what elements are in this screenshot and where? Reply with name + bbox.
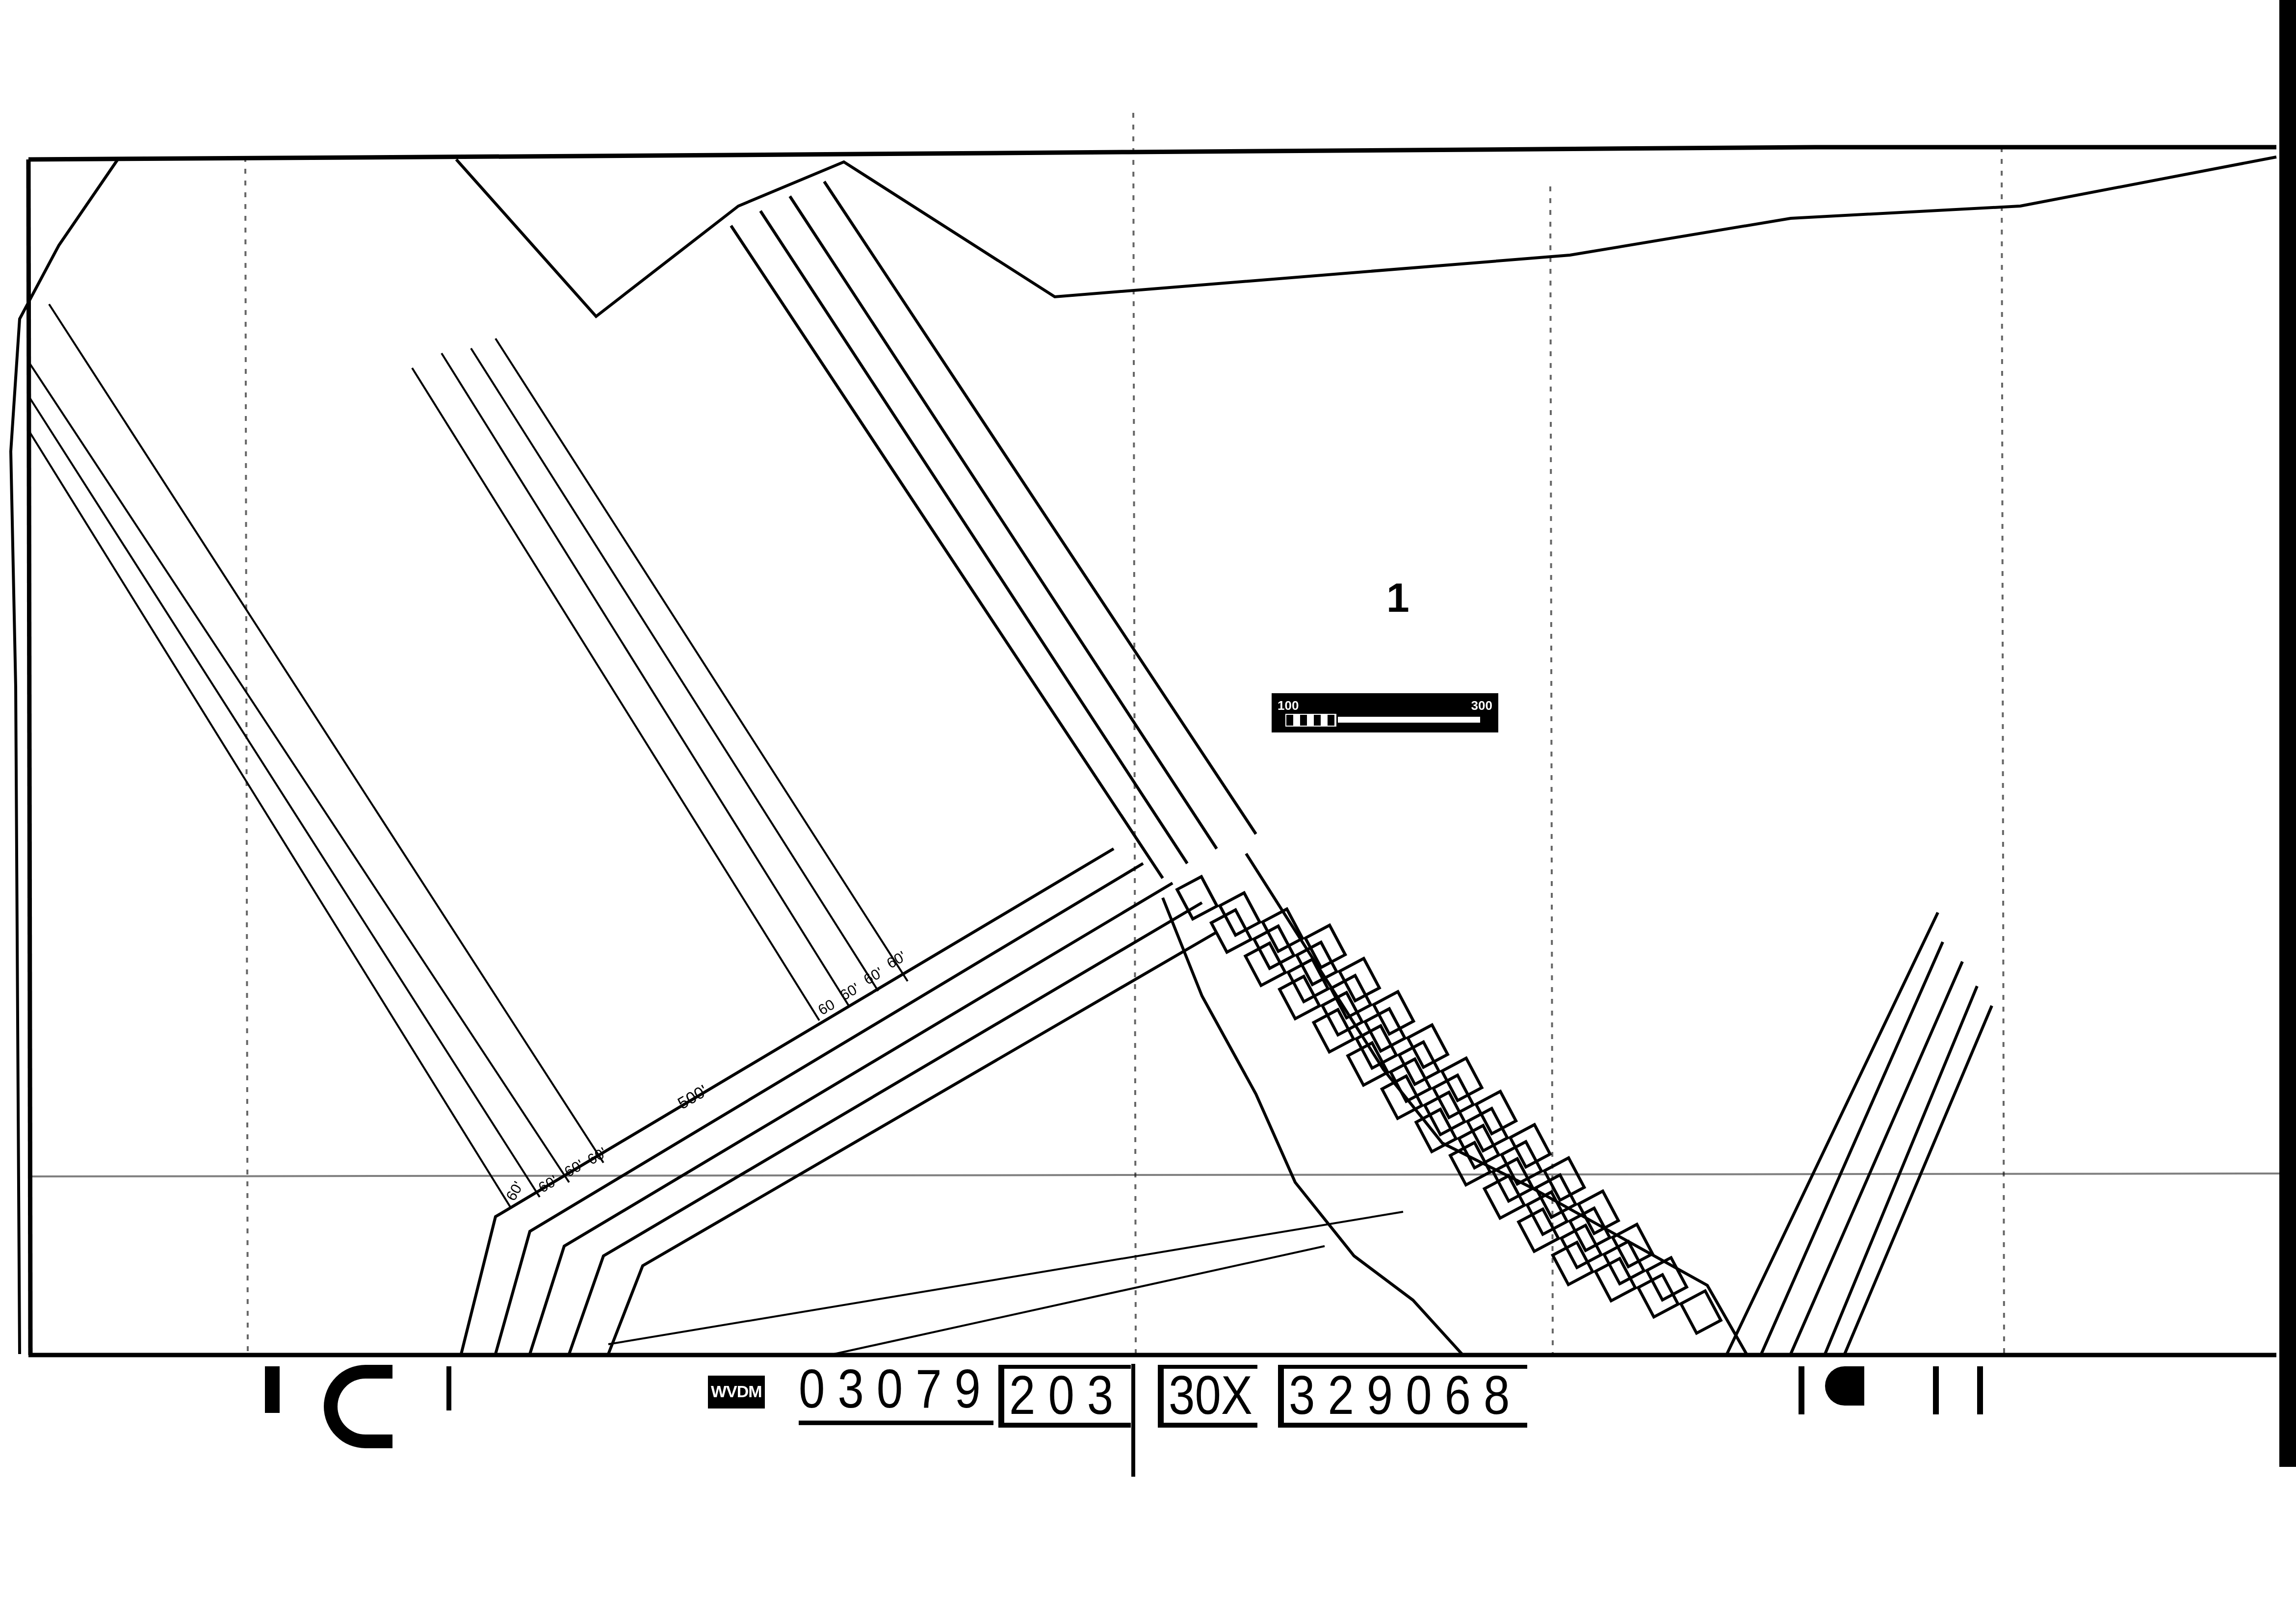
footer-tag: WVDM [708, 1365, 765, 1419]
footer-field-2: 203 [998, 1365, 1131, 1428]
registration-mark [1977, 1366, 1983, 1414]
footer-field-4: 329068 [1278, 1365, 1527, 1428]
survey-sheet: 60' 60' 60' 60' 60 60' 60' 60' 500' 1 10… [0, 0, 2296, 1617]
scale-bar: 100 300 [1272, 693, 1498, 732]
subdivision-lots [1177, 877, 1721, 1333]
sheet-fold-line [28, 1174, 2281, 1176]
lot-parcel [1211, 910, 1251, 952]
divider [1131, 1364, 1135, 1477]
code-03079: 03079 [799, 1358, 993, 1425]
lot-parcel [1638, 1275, 1678, 1317]
registration-circle-icon [1825, 1366, 1864, 1406]
tract-boundary-north [456, 157, 2276, 316]
edge-shadow [2279, 0, 2296, 1467]
road-right [1727, 913, 1992, 1354]
wvdm-tag: WVDM [708, 1376, 765, 1408]
registration-mark [265, 1366, 280, 1413]
sheet-number: 1 [1386, 574, 1409, 622]
code-329068: 329068 [1289, 1365, 1522, 1427]
registration-mark [446, 1366, 451, 1410]
road-cross [461, 849, 1403, 1354]
road-mid [412, 339, 937, 1020]
registration-mark [1933, 1366, 1939, 1414]
scale-right-label: 300 [1465, 693, 1498, 718]
road-left [29, 304, 603, 1207]
scale-checker [1285, 714, 1336, 727]
code-30x: 30X [1169, 1365, 1252, 1427]
footer-field-1: 03079 [799, 1365, 993, 1419]
border-top [28, 147, 2276, 159]
dim-label: 60' [585, 1145, 609, 1168]
footer-field-3: 30X [1158, 1365, 1257, 1428]
code-203: 203 [1009, 1365, 1126, 1427]
scale-strip [1338, 717, 1480, 723]
registration-mark [1799, 1366, 1804, 1414]
